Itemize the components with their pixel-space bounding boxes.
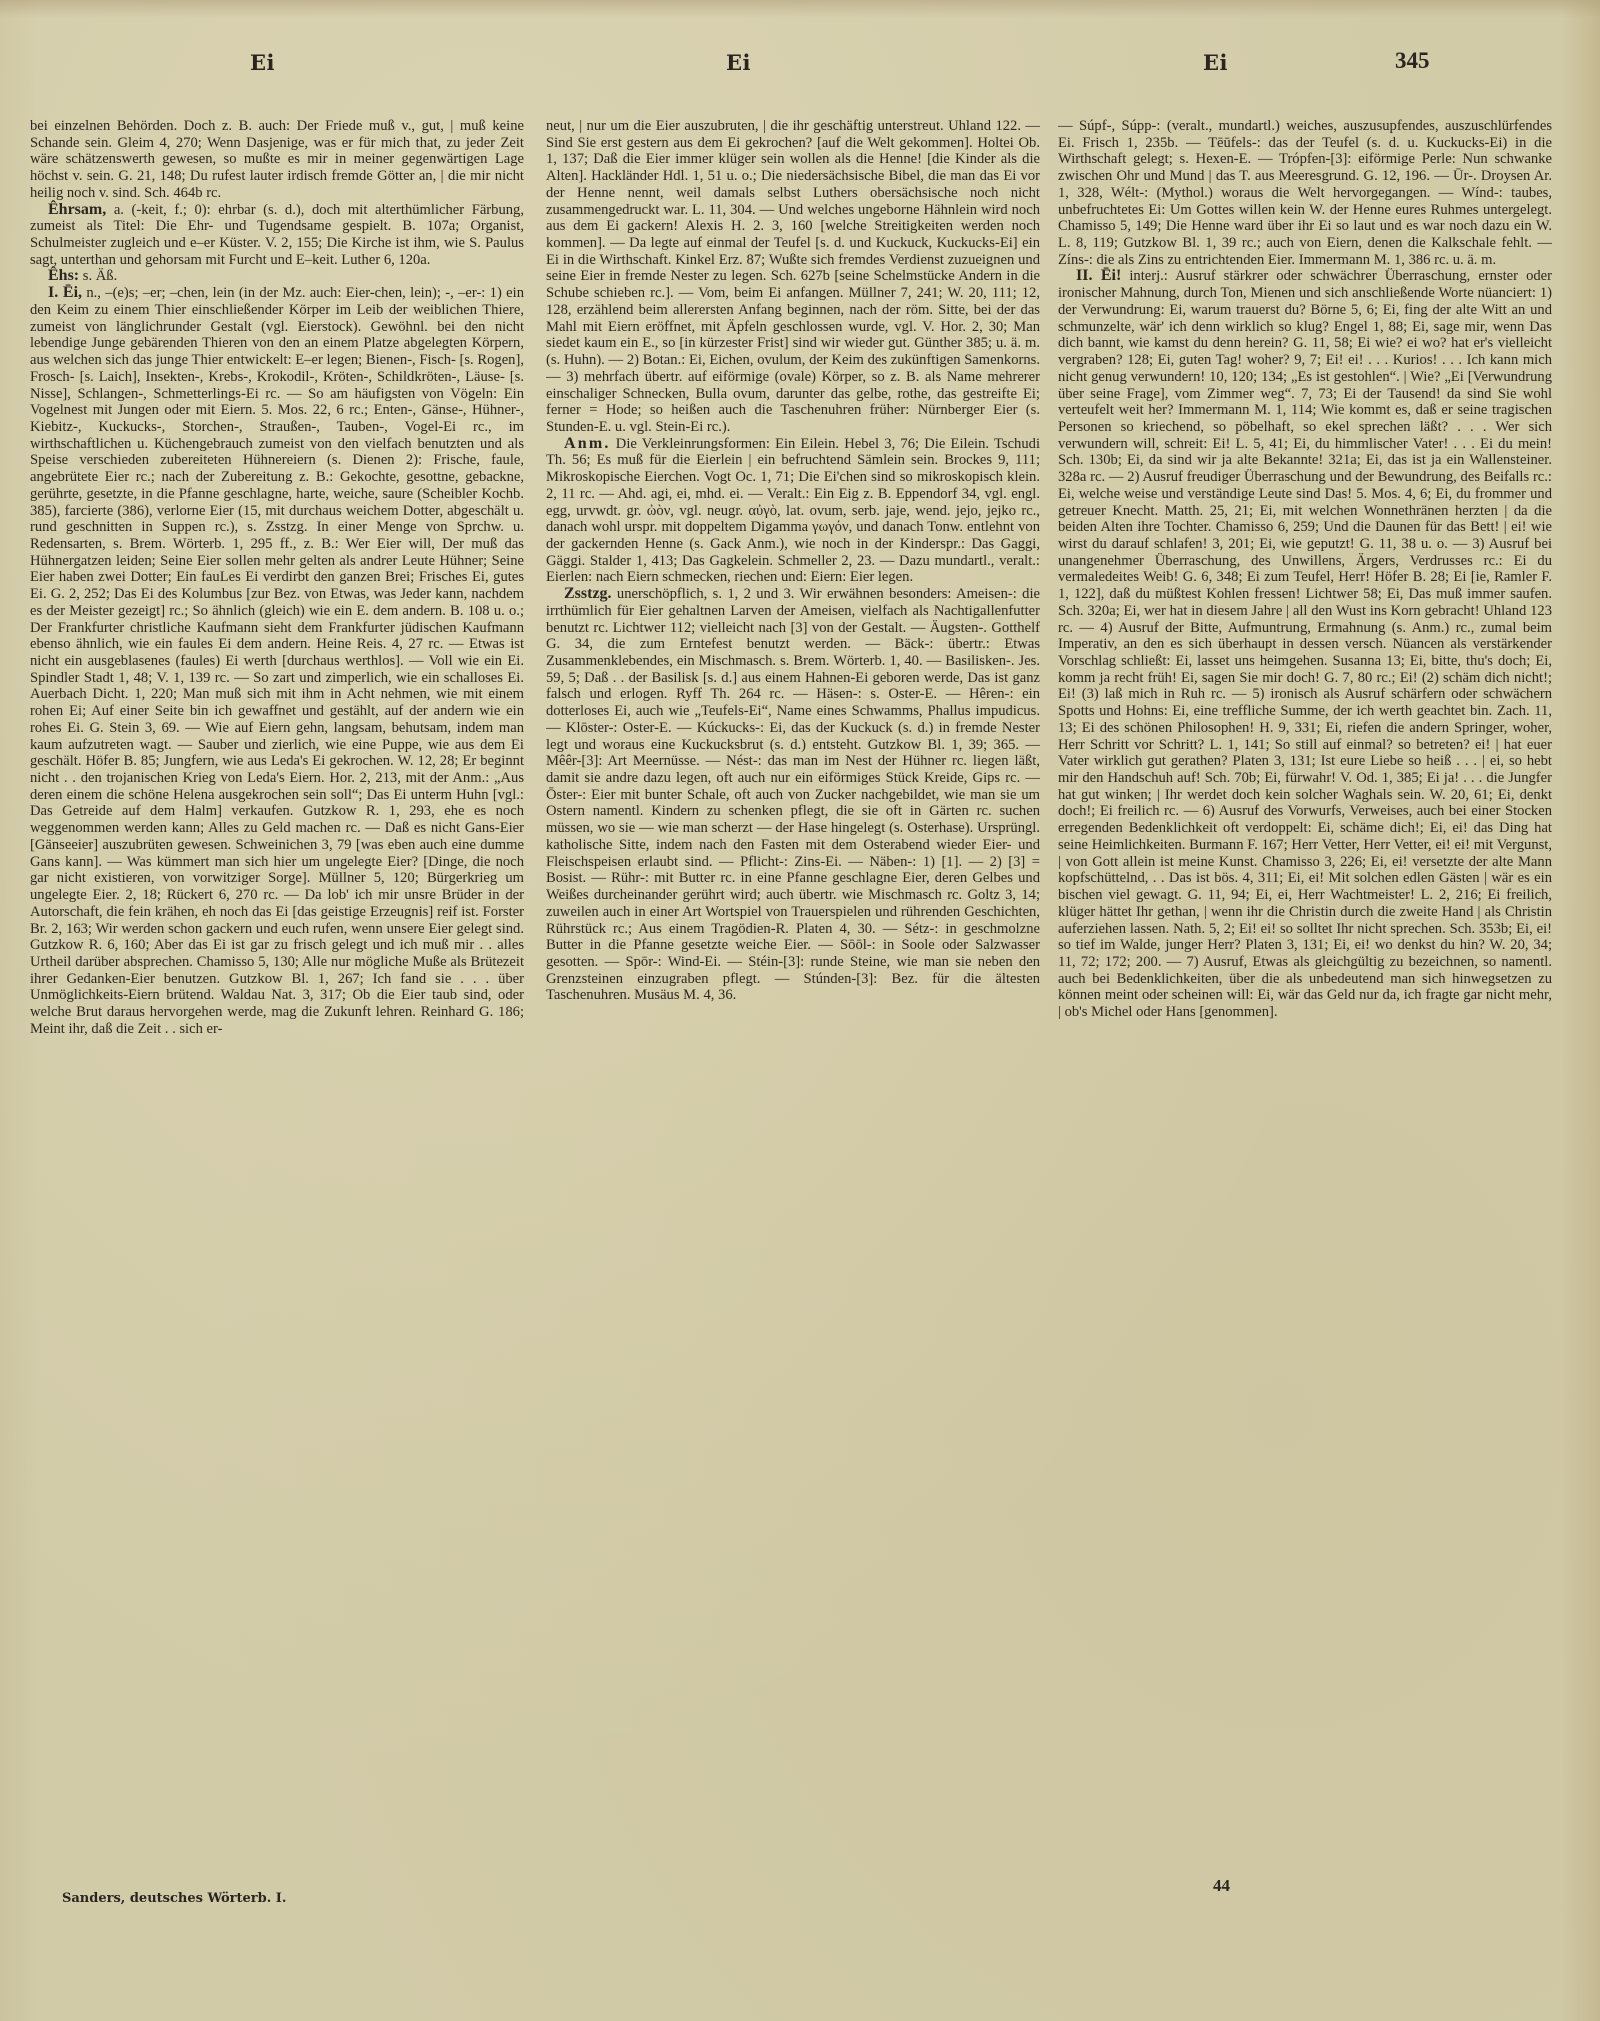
dictionary-columns: bei einzelnen Behörden. Doch z. B. auch:… xyxy=(0,118,1600,1888)
paragraph-continuation: bei einzelnen Behörden. Doch z. B. auch:… xyxy=(30,118,524,202)
paragraph-continuation: neut, | nur um die Eier auszubruten, | d… xyxy=(546,118,1040,436)
headword: Anm. xyxy=(564,435,611,452)
column-left: bei einzelnen Behörden. Doch z. B. auch:… xyxy=(30,118,524,1888)
entry-ehrsam: Êhrsam, a. (-keit, f.; 0): ehrbar (s. d.… xyxy=(30,202,524,269)
page-number: 345 xyxy=(1395,48,1430,74)
headword: I. Ēi, xyxy=(48,284,82,301)
entry-anmerkung: Anm. Die Verkleinrungsformen: Ein Eilein… xyxy=(546,436,1040,586)
entry-ei-interjection: II. Ēi! interj.: Ausruf stärkrer oder sc… xyxy=(1058,268,1552,1020)
column-middle: neut, | nur um die Eier auszubruten, | d… xyxy=(546,118,1040,1888)
sheet-number: 44 xyxy=(1213,1876,1230,1896)
running-head: Ei Ei Ei 345 xyxy=(0,50,1600,80)
headword: II. Ēi! xyxy=(1076,267,1121,284)
entry-zusammensetzungen: Zsstzg. unerschöpflich, s. 1, 2 und 3. W… xyxy=(546,586,1040,1004)
running-head-right: Ei xyxy=(1203,50,1228,75)
entry-ei-noun: I. Ēi, n., –(e)s; –er; –chen, lein (in d… xyxy=(30,285,524,1037)
headword: Êhrsam, xyxy=(48,201,106,218)
footer-signature: Sanders, deutsches Wörterb. I. xyxy=(62,1891,286,1906)
page-edge-shading xyxy=(0,0,1600,18)
running-head-left: Ei xyxy=(250,50,275,75)
headword: Zsstzg. xyxy=(564,585,612,602)
running-head-center: Ei xyxy=(726,50,751,75)
headword: Êhs: xyxy=(48,267,79,284)
entry-ehs: Êhs: s. Äß. xyxy=(30,268,524,285)
column-right: — Súpf-, Súpp-: (veralt., mundartl.) wei… xyxy=(1058,118,1552,1888)
paragraph-continuation: — Súpf-, Súpp-: (veralt., mundartl.) wei… xyxy=(1058,118,1552,268)
